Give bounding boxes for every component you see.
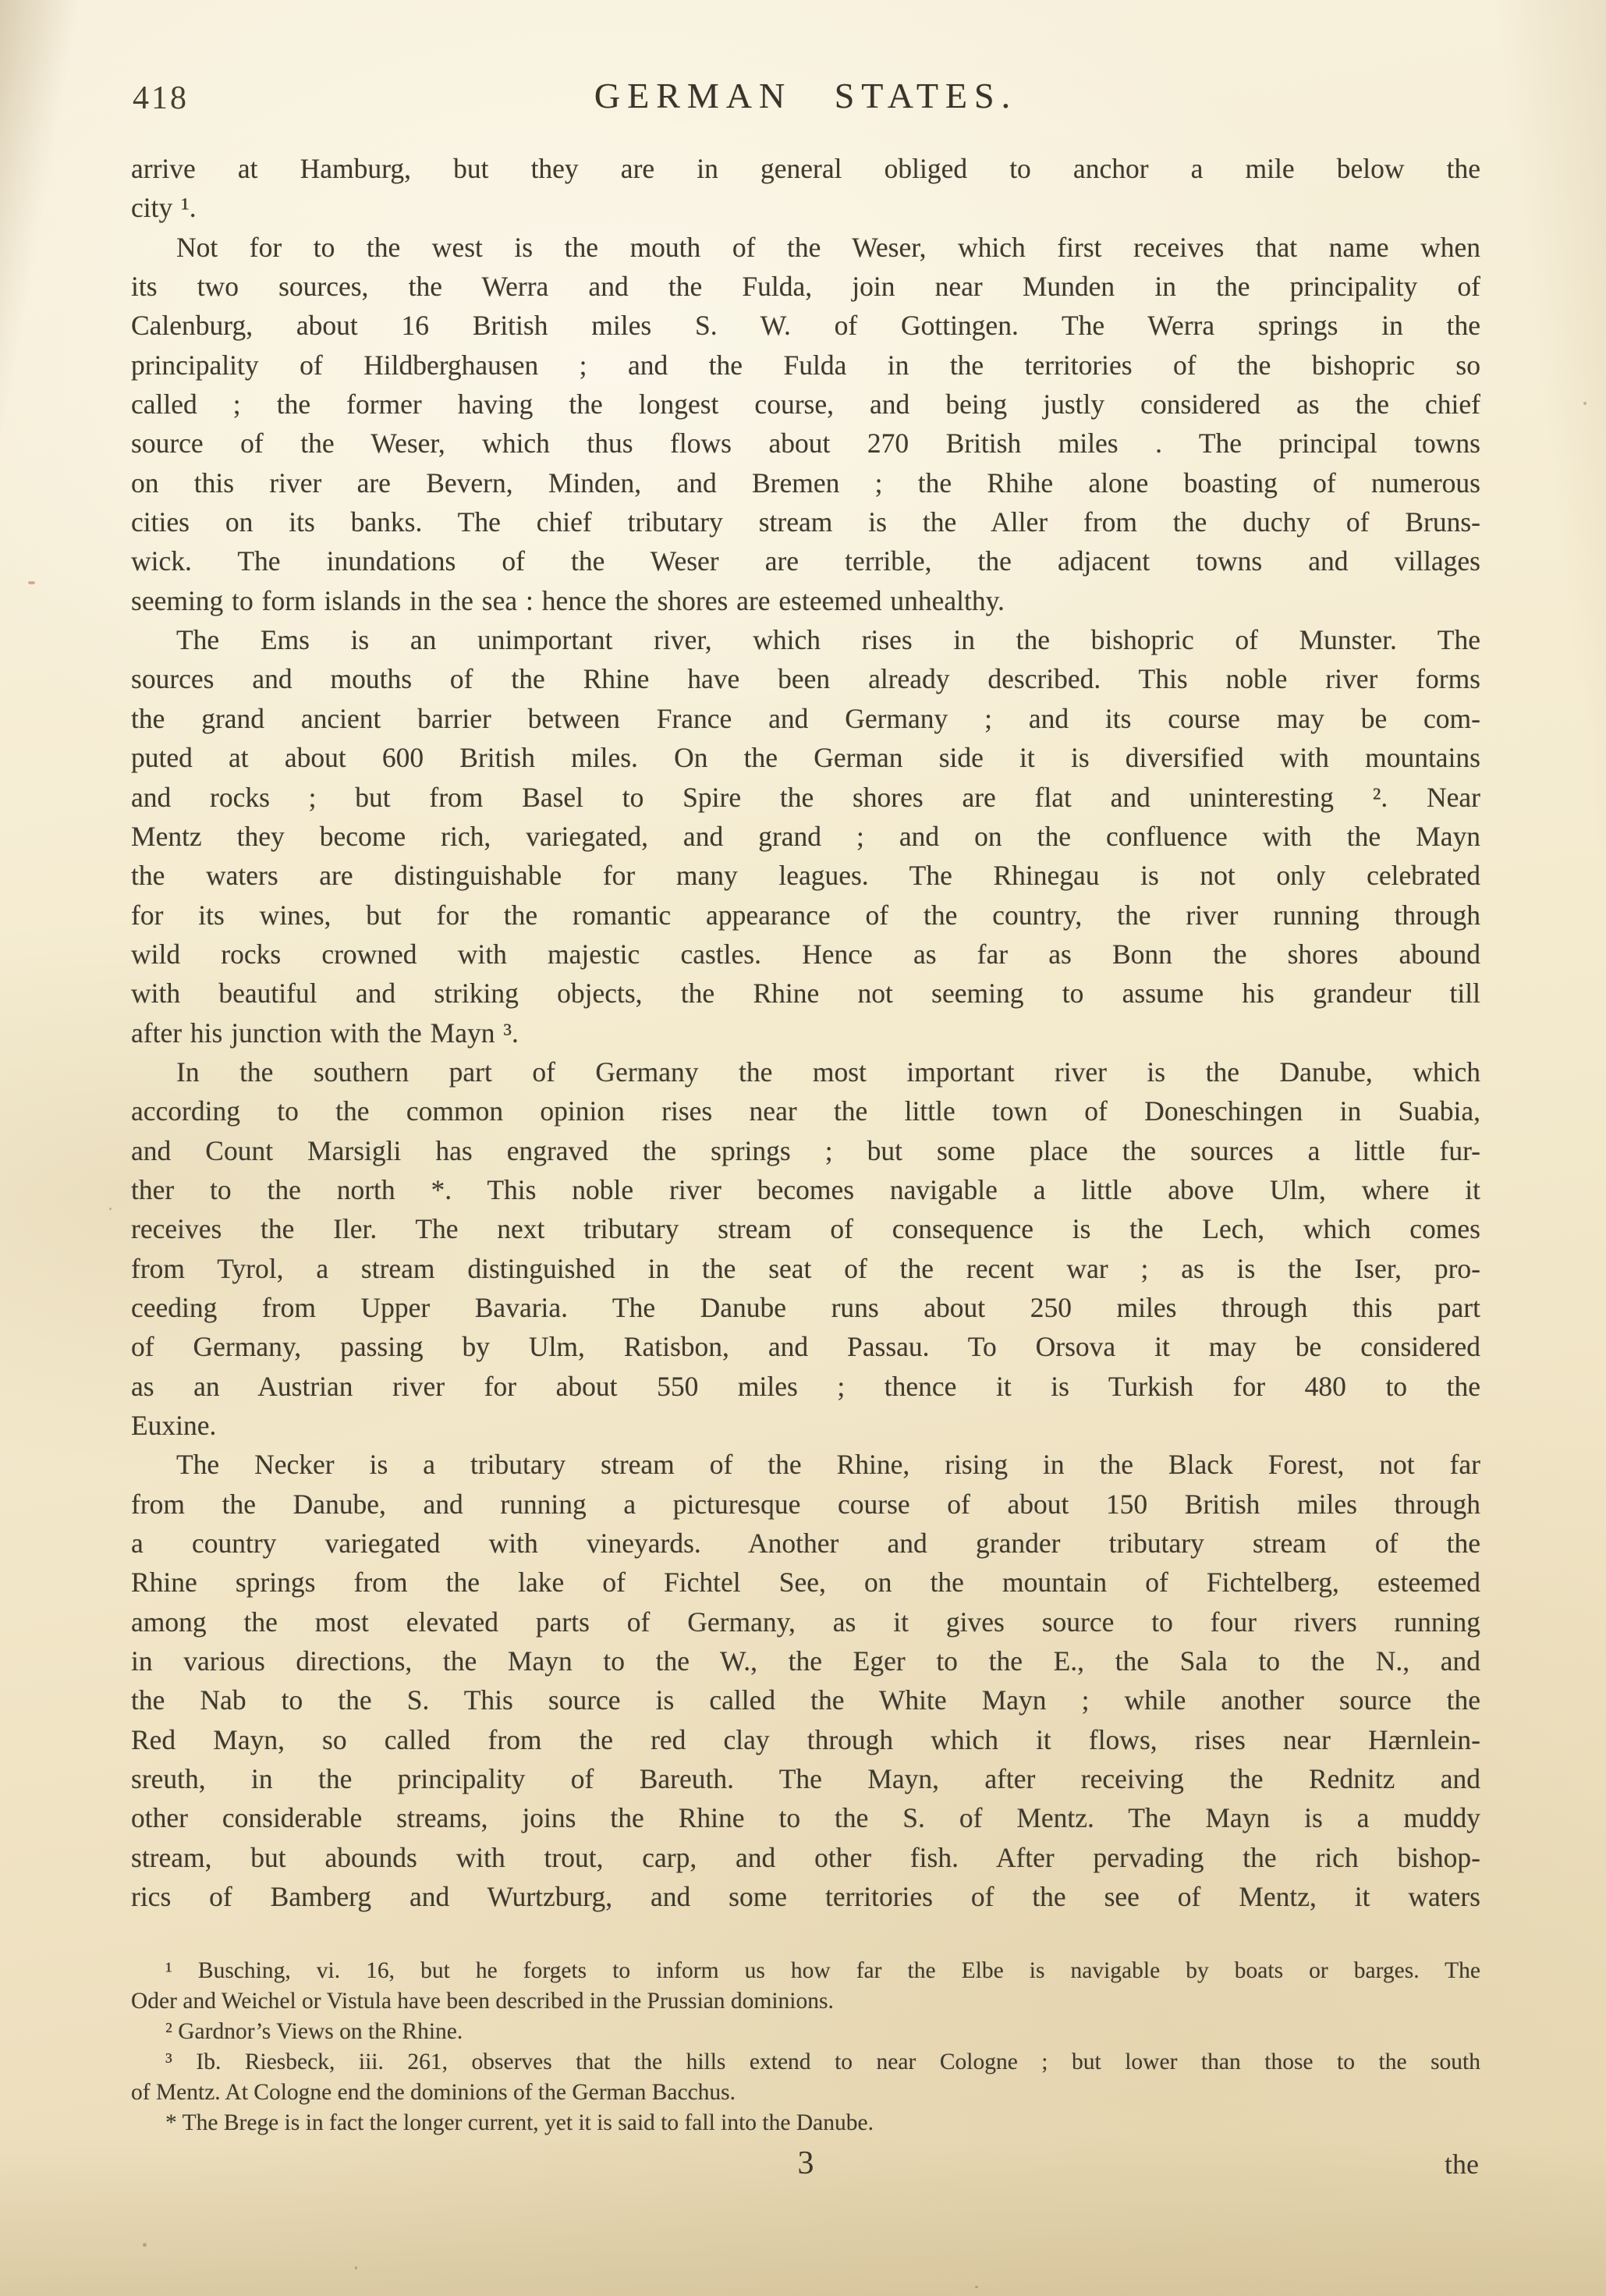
- footnote-3: ³ Ib. Riesbeck, iii. 261, observes that …: [131, 2047, 1480, 2108]
- text-line: the Nab to the S. This source is called …: [131, 1680, 1480, 1719]
- colophon-row: 3 the: [131, 2145, 1480, 2195]
- text-line: city ¹.: [131, 188, 1480, 227]
- text-line: puted at about 600 British miles. On the…: [131, 738, 1480, 777]
- text-line: rics of Bamberg and Wurtzburg, and some …: [131, 1877, 1480, 1916]
- text-line: ther to the north *. This noble river be…: [131, 1170, 1480, 1209]
- footnote-line: ² Gardnor’s Views on the Rhine.: [131, 2017, 1480, 2047]
- footnote-line: Oder and Weichel or Vistula have been de…: [131, 1986, 1480, 2017]
- text-line: of Germany, passing by Ulm, Ratisbon, an…: [131, 1327, 1480, 1366]
- text-line: after his junction with the Mayn ³.: [131, 1013, 1480, 1052]
- text-line: The Necker is a tributary stream of the …: [131, 1445, 1480, 1484]
- text-line: Red Mayn, so called from the red clay th…: [131, 1720, 1480, 1759]
- text-line: wild rocks crowned with majestic castles…: [131, 935, 1480, 974]
- running-header: GERMAN STATES.: [131, 75, 1480, 116]
- paper-speck: [975, 2286, 978, 2288]
- text-line: The Ems is an unimportant river, which r…: [131, 620, 1480, 659]
- paper-speck: [143, 2243, 147, 2247]
- paper-mark: [28, 581, 35, 584]
- paper-speck: [1583, 402, 1587, 405]
- text-line: seeming to form islands in the sea : hen…: [131, 581, 1480, 620]
- paragraph: The Ems is an unimportant river, which r…: [131, 620, 1480, 1052]
- text-line: Mentz they become rich, variegated, and …: [131, 817, 1480, 856]
- text-line: sources and mouths of the Rhine have bee…: [131, 659, 1480, 698]
- footnote-line: * The Brege is in fact the longer curren…: [131, 2108, 1480, 2138]
- text-line: with beautiful and striking objects, the…: [131, 974, 1480, 1013]
- text-line: wick. The inundations of the Weser are t…: [131, 541, 1480, 580]
- signature-mark: 3: [131, 2145, 1480, 2182]
- text-line: other considerable streams, joins the Rh…: [131, 1798, 1480, 1837]
- text-line: in various directions, the Mayn to the W…: [131, 1641, 1480, 1680]
- page-header: 418 GERMAN STATES.: [131, 75, 1480, 149]
- text-line: source of the Weser, which thus flows ab…: [131, 424, 1480, 463]
- footnote-line: ¹ Busching, vi. 16, but he forgets to in…: [131, 1956, 1480, 1986]
- text-line: and rocks ; but from Basel to Spire the …: [131, 778, 1480, 817]
- text-line: the waters are distinguishable for many …: [131, 856, 1480, 895]
- text-line: among the most elevated parts of Germany…: [131, 1602, 1480, 1641]
- footnote-line: of Mentz. At Cologne end the dominions o…: [131, 2078, 1480, 2108]
- text-line: principality of Hildberghausen ; and the…: [131, 346, 1480, 385]
- catchword: the: [1445, 2148, 1479, 2181]
- text-line: receives the Iler. The next tributary st…: [131, 1209, 1480, 1248]
- text-line: arrive at Hamburg, but they are in gener…: [131, 149, 1480, 188]
- book-page: 418 GERMAN STATES. arrive at Hamburg, bu…: [131, 75, 1480, 2195]
- paragraph: The Necker is a tributary stream of the …: [131, 1445, 1480, 1916]
- text-line: the grand ancient barrier between France…: [131, 699, 1480, 738]
- text-line: Euxine.: [131, 1406, 1480, 1445]
- footnotes: ¹ Busching, vi. 16, but he forgets to in…: [131, 1956, 1480, 2138]
- footnote-*: * The Brege is in fact the longer curren…: [131, 2108, 1480, 2138]
- text-line: In the southern part of Germany the most…: [131, 1052, 1480, 1091]
- text-line: Calenburg, about 16 British miles S. W. …: [131, 306, 1480, 345]
- text-line: from Tyrol, a stream distinguished in th…: [131, 1249, 1480, 1288]
- text-line: ceeding from Upper Bavaria. The Danube r…: [131, 1288, 1480, 1327]
- paragraph: Not for to the west is the mouth of the …: [131, 228, 1480, 620]
- paper-speck: [109, 1208, 112, 1210]
- footnote-line: ³ Ib. Riesbeck, iii. 261, observes that …: [131, 2047, 1480, 2078]
- text-line: for its wines, but for the romantic appe…: [131, 896, 1480, 935]
- paper-speck: [355, 2266, 357, 2269]
- text-line: called ; the former having the longest c…: [131, 385, 1480, 424]
- text-line: Not for to the west is the mouth of the …: [131, 228, 1480, 267]
- text-line: and Count Marsigli has engraved the spri…: [131, 1131, 1480, 1170]
- footnote-2: ² Gardnor’s Views on the Rhine.: [131, 2017, 1480, 2047]
- text-line: its two sources, the Werra and the Fulda…: [131, 267, 1480, 306]
- body-paragraphs: arrive at Hamburg, but they are in gener…: [131, 149, 1480, 1916]
- text-line: stream, but abounds with trout, carp, an…: [131, 1838, 1480, 1877]
- paragraph: In the southern part of Germany the most…: [131, 1052, 1480, 1445]
- text-line: according to the common opinion rises ne…: [131, 1091, 1480, 1130]
- text-line: from the Danube, and running a picturesq…: [131, 1485, 1480, 1524]
- text-line: cities on its banks. The chief tributary…: [131, 502, 1480, 541]
- footnote-1: ¹ Busching, vi. 16, but he forgets to in…: [131, 1956, 1480, 2017]
- text-line: Rhine springs from the lake of Fichtel S…: [131, 1563, 1480, 1602]
- paragraph: arrive at Hamburg, but they are in gener…: [131, 149, 1480, 228]
- scanned-book-page: { "page": { "number": "418", "running_he…: [0, 0, 1606, 2296]
- text-line: a country variegated with vineyards. Ano…: [131, 1524, 1480, 1563]
- text-line: as an Austrian river for about 550 miles…: [131, 1367, 1480, 1406]
- text-line: sreuth, in the principality of Bareuth. …: [131, 1759, 1480, 1798]
- page-number: 418: [133, 80, 189, 117]
- text-line: on this river are Bevern, Minden, and Br…: [131, 463, 1480, 502]
